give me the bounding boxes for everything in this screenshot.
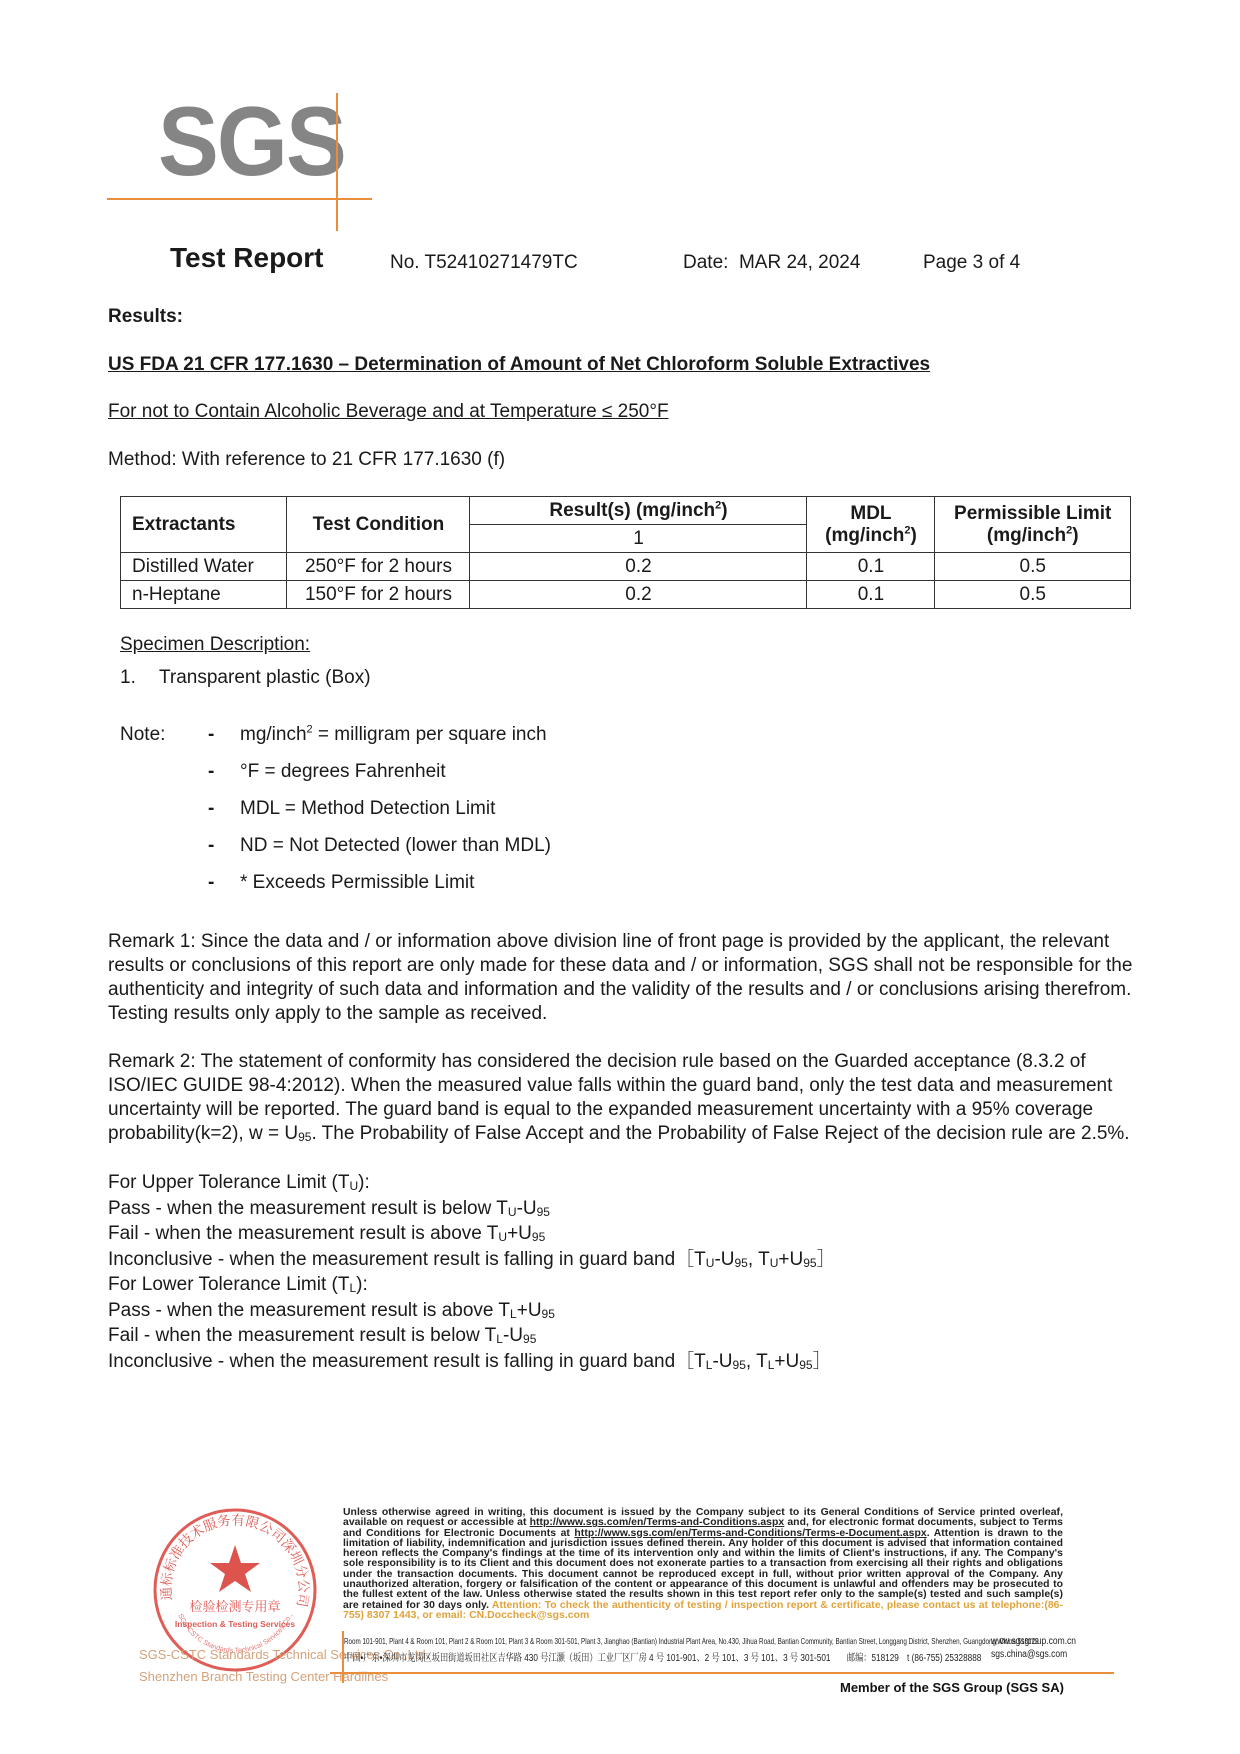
logo-vertical-rule — [336, 93, 338, 231]
lower-limit-title: For Lower Tolerance Limit (TL): — [108, 1273, 1148, 1299]
upper-fail-rule: Fail - when the measurement result is ab… — [108, 1222, 1148, 1248]
remark-2: Remark 2: The statement of conformity ha… — [108, 1050, 1148, 1147]
lower-inconclusive-rule: Inconclusive - when the measurement resu… — [108, 1350, 1148, 1376]
header-mdl: MDL(mg/inch2) — [807, 497, 935, 553]
note-item: -MDL = Method Detection Limit — [208, 798, 551, 835]
header-extractants: Extractants — [121, 497, 287, 553]
results-table: Extractants Test Condition Result(s) (mg… — [120, 496, 1131, 609]
note-item: -°F = degrees Fahrenheit — [208, 761, 551, 798]
logo-horizontal-rule — [107, 198, 372, 200]
member-line: Member of the SGS Group (SGS SA) — [840, 1680, 1064, 1695]
cell-extractant: Distilled Water — [121, 553, 287, 581]
address-chinese: 中国•广东•深圳市龙岗区坂田街道坂田社区吉华路 430 号江灏（坂田）工业厂区厂… — [344, 1649, 981, 1664]
svg-text:Inspection & Testing Services: Inspection & Testing Services — [175, 1619, 296, 1629]
email-link[interactable]: sgs.china@sgs.com — [991, 1649, 1067, 1660]
section-subtitle: For not to Contain Alcoholic Beverage an… — [108, 401, 669, 423]
note-item: -mg/inch2 = milligram per square inch — [208, 724, 551, 761]
cell-condition: 150°F for 2 hours — [287, 581, 470, 609]
address-english: Room 101-901, Plant 4 & Room 101, Plant … — [344, 1636, 1039, 1646]
footer-horizontal-rule — [342, 1672, 1114, 1674]
cell-result: 0.2 — [470, 553, 807, 581]
cell-limit: 0.5 — [935, 553, 1131, 581]
table-header-row: Extractants Test Condition Result(s) (mg… — [121, 497, 1131, 525]
table-row: n-Heptane 150°F for 2 hours 0.2 0.1 0.5 — [121, 581, 1131, 609]
page-number: Page 3 of 4 — [923, 252, 1020, 274]
results-heading: Results: — [108, 306, 183, 328]
header-results: Result(s) (mg/inch2) — [470, 497, 807, 525]
cell-mdl: 0.1 — [807, 581, 935, 609]
cell-extractant: n-Heptane — [121, 581, 287, 609]
upper-inconclusive-rule: Inconclusive - when the measurement resu… — [108, 1248, 1148, 1274]
lower-fail-rule: Fail - when the measurement result is be… — [108, 1324, 1148, 1350]
cell-mdl: 0.1 — [807, 553, 935, 581]
lower-pass-rule: Pass - when the measurement result is ab… — [108, 1299, 1148, 1325]
upper-pass-rule: Pass - when the measurement result is be… — [108, 1197, 1148, 1223]
header-permissible-limit: Permissible Limit(mg/inch2) — [935, 497, 1131, 553]
section-title: US FDA 21 CFR 177.1630 – Determination o… — [108, 354, 930, 376]
remark-1: Remark 1: Since the data and / or inform… — [108, 930, 1148, 1026]
upper-limit-title: For Upper Tolerance Limit (TU): — [108, 1171, 1148, 1197]
header-sample-number: 1 — [470, 525, 807, 553]
decision-rules: For Upper Tolerance Limit (TU): Pass - w… — [108, 1171, 1148, 1375]
sgs-logo: SGS — [158, 92, 345, 190]
note-item: -ND = Not Detected (lower than MDL) — [208, 835, 551, 872]
report-number: No. T52410271479TC — [390, 252, 578, 274]
cell-limit: 0.5 — [935, 581, 1131, 609]
note-label: Note: — [120, 724, 165, 746]
note-list: -mg/inch2 = milligram per square inch -°… — [208, 724, 551, 909]
note-item: -* Exceeds Permissible Limit — [208, 872, 551, 909]
cell-condition: 250°F for 2 hours — [287, 553, 470, 581]
cell-result: 0.2 — [470, 581, 807, 609]
report-title: Test Report — [170, 242, 324, 274]
specimen-title: Specimen Description: — [120, 634, 310, 656]
specimen-item: 1.Transparent plastic (Box) — [120, 667, 371, 689]
report-date: Date: MAR 24, 2024 — [683, 252, 860, 274]
method-text: Method: With reference to 21 CFR 177.163… — [108, 449, 505, 471]
header-test-condition: Test Condition — [287, 497, 470, 553]
table-row: Distilled Water 250°F for 2 hours 0.2 0.… — [121, 553, 1131, 581]
website-link[interactable]: www.sgsgroup.com.cn — [991, 1636, 1076, 1647]
svg-text:检验检测专用章: 检验检测专用章 — [189, 1599, 280, 1614]
legal-disclaimer: Unless otherwise agreed in writing, this… — [343, 1508, 1063, 1621]
